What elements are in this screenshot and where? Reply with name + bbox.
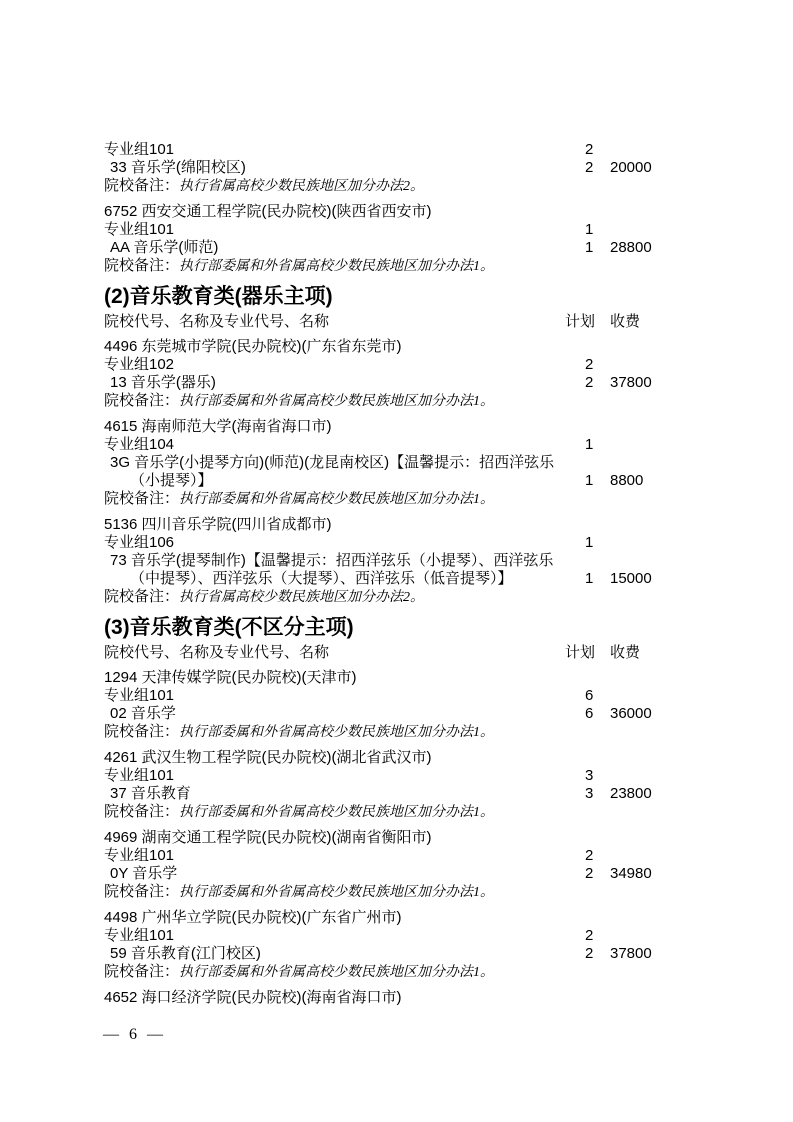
remark-label: 院校备注： [104, 392, 179, 409]
group-row: 专业组101 2 [104, 847, 685, 865]
program-name: 33 音乐学(绵阳校区) [104, 159, 565, 177]
program-row: 0Y 音乐学 2 34980 [104, 865, 685, 883]
college-block: 1294 天津传媒学院(民办院校)(天津市) 专业组101 6 02 音乐学 6… [104, 669, 685, 742]
college-block: 6752 西安交通工程学院(民办院校)(陕西省西安市) 专业组101 1 AA … [104, 203, 685, 276]
college-block: 4652 海口经济学院(民办院校)(海南省海口市) [104, 989, 685, 1007]
college-block: 4498 广州华立学院(民办院校)(广东省广州市) 专业组101 2 59 音乐… [104, 909, 685, 982]
group-plan-value: 2 [565, 847, 610, 865]
program-name: 73 音乐学(提琴制作)【温馨提示：招西洋弦乐（小提琴）、西洋弦乐（中提琴）、西… [104, 552, 565, 588]
college-row: 6752 西安交通工程学院(民办院校)(陕西省西安市) [104, 203, 685, 221]
group-name: 专业组102 [104, 356, 565, 374]
program-row: 33 音乐学(绵阳校区) 2 20000 [104, 159, 685, 177]
college-remark-row: 院校备注：执行省属高校少数民族地区加分办法2。 [104, 588, 685, 607]
remark-text: 执行部委属和外省属高校少数民族地区加分办法1。 [179, 725, 494, 740]
program-row: 02 音乐学 6 36000 [104, 705, 685, 723]
column-header-fee: 收费 [610, 644, 685, 662]
group-plan-value: 1 [565, 221, 610, 239]
group-plan-value: 2 [565, 356, 610, 374]
program-row: 73 音乐学(提琴制作)【温馨提示：招西洋弦乐（小提琴）、西洋弦乐（中提琴）、西… [104, 552, 685, 588]
column-header-row: 院校代号、名称及专业代号、名称 计划 收费 [104, 644, 685, 662]
group-row: 专业组106 1 [104, 534, 685, 552]
remark-text: 执行部委属和外省属高校少数民族地区加分办法1。 [179, 492, 494, 507]
program-plan-value: 2 [565, 865, 610, 883]
remark-text: 执行部委属和外省属高校少数民族地区加分办法1。 [179, 805, 494, 820]
program-name: 59 音乐教育(江门校区) [104, 945, 565, 963]
college-row: 4498 广州华立学院(民办院校)(广东省广州市) [104, 909, 685, 927]
group-row: 专业组101 1 [104, 221, 685, 239]
program-fee-value: 15000 [610, 570, 685, 588]
column-header-plan: 计划 [565, 313, 610, 331]
program-plan-value: 2 [565, 374, 610, 392]
program-row: 13 音乐学(器乐) 2 37800 [104, 374, 685, 392]
group-row: 专业组101 2 [104, 927, 685, 945]
program-fee-value: 20000 [610, 159, 685, 177]
program-fee-value: 36000 [610, 705, 685, 723]
program-fee-value: 28800 [610, 239, 685, 257]
remark-text: 执行省属高校少数民族地区加分办法2。 [179, 590, 424, 605]
college-row: 4496 东莞城市学院(民办院校)(广东省东莞市) [104, 338, 685, 356]
group-name: 专业组101 [104, 927, 565, 945]
program-name: 02 音乐学 [104, 705, 565, 723]
document-page: 专业组101 2 33 音乐学(绵阳校区) 2 20000 院校备注：执行省属高… [0, 0, 793, 1122]
group-row: 专业组104 1 [104, 436, 685, 454]
plan-block-continued: 专业组101 2 33 音乐学(绵阳校区) 2 20000 院校备注：执行省属高… [104, 141, 685, 196]
college-name: 4615 海南师范大学(海南省海口市) [104, 418, 565, 436]
group-row: 专业组102 2 [104, 356, 685, 374]
college-row: 4969 湖南交通工程学院(民办院校)(湖南省衡阳市) [104, 829, 685, 847]
remark-label: 院校备注： [104, 588, 179, 605]
program-row: 37 音乐教育 3 23800 [104, 785, 685, 803]
college-name: 4496 东莞城市学院(民办院校)(广东省东莞市) [104, 338, 565, 356]
remark-text: 执行部委属和外省属高校少数民族地区加分办法1。 [179, 885, 494, 900]
college-remark-row: 院校备注：执行部委属和外省属高校少数民族地区加分办法1。 [104, 490, 685, 509]
page-number: — 6 — [103, 1026, 166, 1044]
college-block: 4261 武汉生物工程学院(民办院校)(湖北省武汉市) 专业组101 3 37 … [104, 749, 685, 822]
college-block: 4615 海南师范大学(海南省海口市) 专业组104 1 3G 音乐学(小提琴方… [104, 418, 685, 509]
program-fee-value: 37800 [610, 374, 685, 392]
group-name: 专业组101 [104, 687, 565, 705]
program-plan-value: 1 [565, 239, 610, 257]
remark-label: 院校备注： [104, 803, 179, 820]
program-row: AA 音乐学(师范) 1 28800 [104, 239, 685, 257]
remark-text: 执行省属高校少数民族地区加分办法2。 [179, 179, 424, 194]
remark-text: 执行部委属和外省属高校少数民族地区加分办法1。 [179, 965, 494, 980]
column-header-plan: 计划 [565, 644, 610, 662]
group-name: 专业组101 [104, 221, 565, 239]
column-header-name: 院校代号、名称及专业代号、名称 [104, 313, 565, 331]
section-heading: (2)音乐教育类(器乐主项) [104, 284, 685, 310]
program-plan-value: 1 [565, 472, 610, 490]
program-name: 0Y 音乐学 [104, 865, 565, 883]
section-unspecified: (3)音乐教育类(不区分主项) 院校代号、名称及专业代号、名称 计划 收费 12… [104, 615, 685, 1007]
college-name: 4498 广州华立学院(民办院校)(广东省广州市) [104, 909, 565, 927]
column-header-fee: 收费 [610, 313, 685, 331]
college-row: 4615 海南师范大学(海南省海口市) [104, 418, 685, 436]
group-name: 专业组104 [104, 436, 565, 454]
college-row: 4652 海口经济学院(民办院校)(海南省海口市) [104, 989, 685, 1007]
program-name: 3G 音乐学(小提琴方向)(师范)(龙昆南校区)【温馨提示：招西洋弦乐（小提琴）… [104, 454, 565, 490]
program-name: AA 音乐学(师范) [104, 239, 565, 257]
college-name: 1294 天津传媒学院(民办院校)(天津市) [104, 669, 565, 687]
group-row: 专业组101 3 [104, 767, 685, 785]
remark-text: 执行部委属和外省属高校少数民族地区加分办法1。 [179, 394, 494, 409]
college-remark-row: 院校备注：执行部委属和外省属高校少数民族地区加分办法1。 [104, 803, 685, 822]
program-fee-value: 37800 [610, 945, 685, 963]
college-remark-row: 院校备注：执行部委属和外省属高校少数民族地区加分办法1。 [104, 723, 685, 742]
college-row: 4261 武汉生物工程学院(民办院校)(湖北省武汉市) [104, 749, 685, 767]
remark-label: 院校备注： [104, 723, 179, 740]
group-plan-value: 1 [565, 436, 610, 454]
program-plan-value: 3 [565, 785, 610, 803]
program-plan-value: 1 [565, 570, 610, 588]
college-remark-row: 院校备注：执行部委属和外省属高校少数民族地区加分办法1。 [104, 257, 685, 276]
college-block: 4969 湖南交通工程学院(民办院校)(湖南省衡阳市) 专业组101 2 0Y … [104, 829, 685, 902]
college-remark-row: 院校备注：执行部委属和外省属高校少数民族地区加分办法1。 [104, 392, 685, 411]
college-remark-row: 院校备注：执行省属高校少数民族地区加分办法2。 [104, 177, 685, 196]
program-plan-value: 2 [565, 159, 610, 177]
group-plan-value: 1 [565, 534, 610, 552]
group-name: 专业组101 [104, 847, 565, 865]
column-header-row: 院校代号、名称及专业代号、名称 计划 收费 [104, 313, 685, 331]
program-name: 13 音乐学(器乐) [104, 374, 565, 392]
college-block: 5136 四川音乐学院(四川省成都市) 专业组106 1 73 音乐学(提琴制作… [104, 516, 685, 607]
college-row: 1294 天津传媒学院(民办院校)(天津市) [104, 669, 685, 687]
program-row: 3G 音乐学(小提琴方向)(师范)(龙昆南校区)【温馨提示：招西洋弦乐（小提琴）… [104, 454, 685, 490]
college-name: 6752 西安交通工程学院(民办院校)(陕西省西安市) [104, 203, 565, 221]
remark-label: 院校备注： [104, 257, 179, 274]
group-name: 专业组106 [104, 534, 565, 552]
remark-label: 院校备注： [104, 490, 179, 507]
section-heading: (3)音乐教育类(不区分主项) [104, 615, 685, 641]
group-plan-value: 2 [565, 927, 610, 945]
remark-label: 院校备注： [104, 177, 179, 194]
program-name: 37 音乐教育 [104, 785, 565, 803]
program-fee-value: 23800 [610, 785, 685, 803]
remark-text: 执行部委属和外省属高校少数民族地区加分办法1。 [179, 259, 494, 274]
program-fee-value: 8800 [610, 472, 685, 490]
remark-label: 院校备注： [104, 963, 179, 980]
college-block: 4496 东莞城市学院(民办院校)(广东省东莞市) 专业组102 2 13 音乐… [104, 338, 685, 411]
college-name: 4261 武汉生物工程学院(民办院校)(湖北省武汉市) [104, 749, 565, 767]
program-fee-value: 34980 [610, 865, 685, 883]
college-name: 4652 海口经济学院(民办院校)(海南省海口市) [104, 989, 565, 1007]
remark-label: 院校备注： [104, 883, 179, 900]
column-header-name: 院校代号、名称及专业代号、名称 [104, 644, 565, 662]
college-row: 5136 四川音乐学院(四川省成都市) [104, 516, 685, 534]
group-plan-value: 6 [565, 687, 610, 705]
group-row: 专业组101 6 [104, 687, 685, 705]
group-plan-value: 2 [565, 141, 610, 159]
program-plan-value: 2 [565, 945, 610, 963]
group-name: 专业组101 [104, 141, 565, 159]
group-plan-value: 3 [565, 767, 610, 785]
group-row: 专业组101 2 [104, 141, 685, 159]
program-plan-value: 6 [565, 705, 610, 723]
college-remark-row: 院校备注：执行部委属和外省属高校少数民族地区加分办法1。 [104, 883, 685, 902]
college-name: 4969 湖南交通工程学院(民办院校)(湖南省衡阳市) [104, 829, 565, 847]
group-name: 专业组101 [104, 767, 565, 785]
program-row: 59 音乐教育(江门校区) 2 37800 [104, 945, 685, 963]
college-name: 5136 四川音乐学院(四川省成都市) [104, 516, 565, 534]
section-instrumental: (2)音乐教育类(器乐主项) 院校代号、名称及专业代号、名称 计划 收费 449… [104, 284, 685, 607]
college-remark-row: 院校备注：执行部委属和外省属高校少数民族地区加分办法1。 [104, 963, 685, 982]
